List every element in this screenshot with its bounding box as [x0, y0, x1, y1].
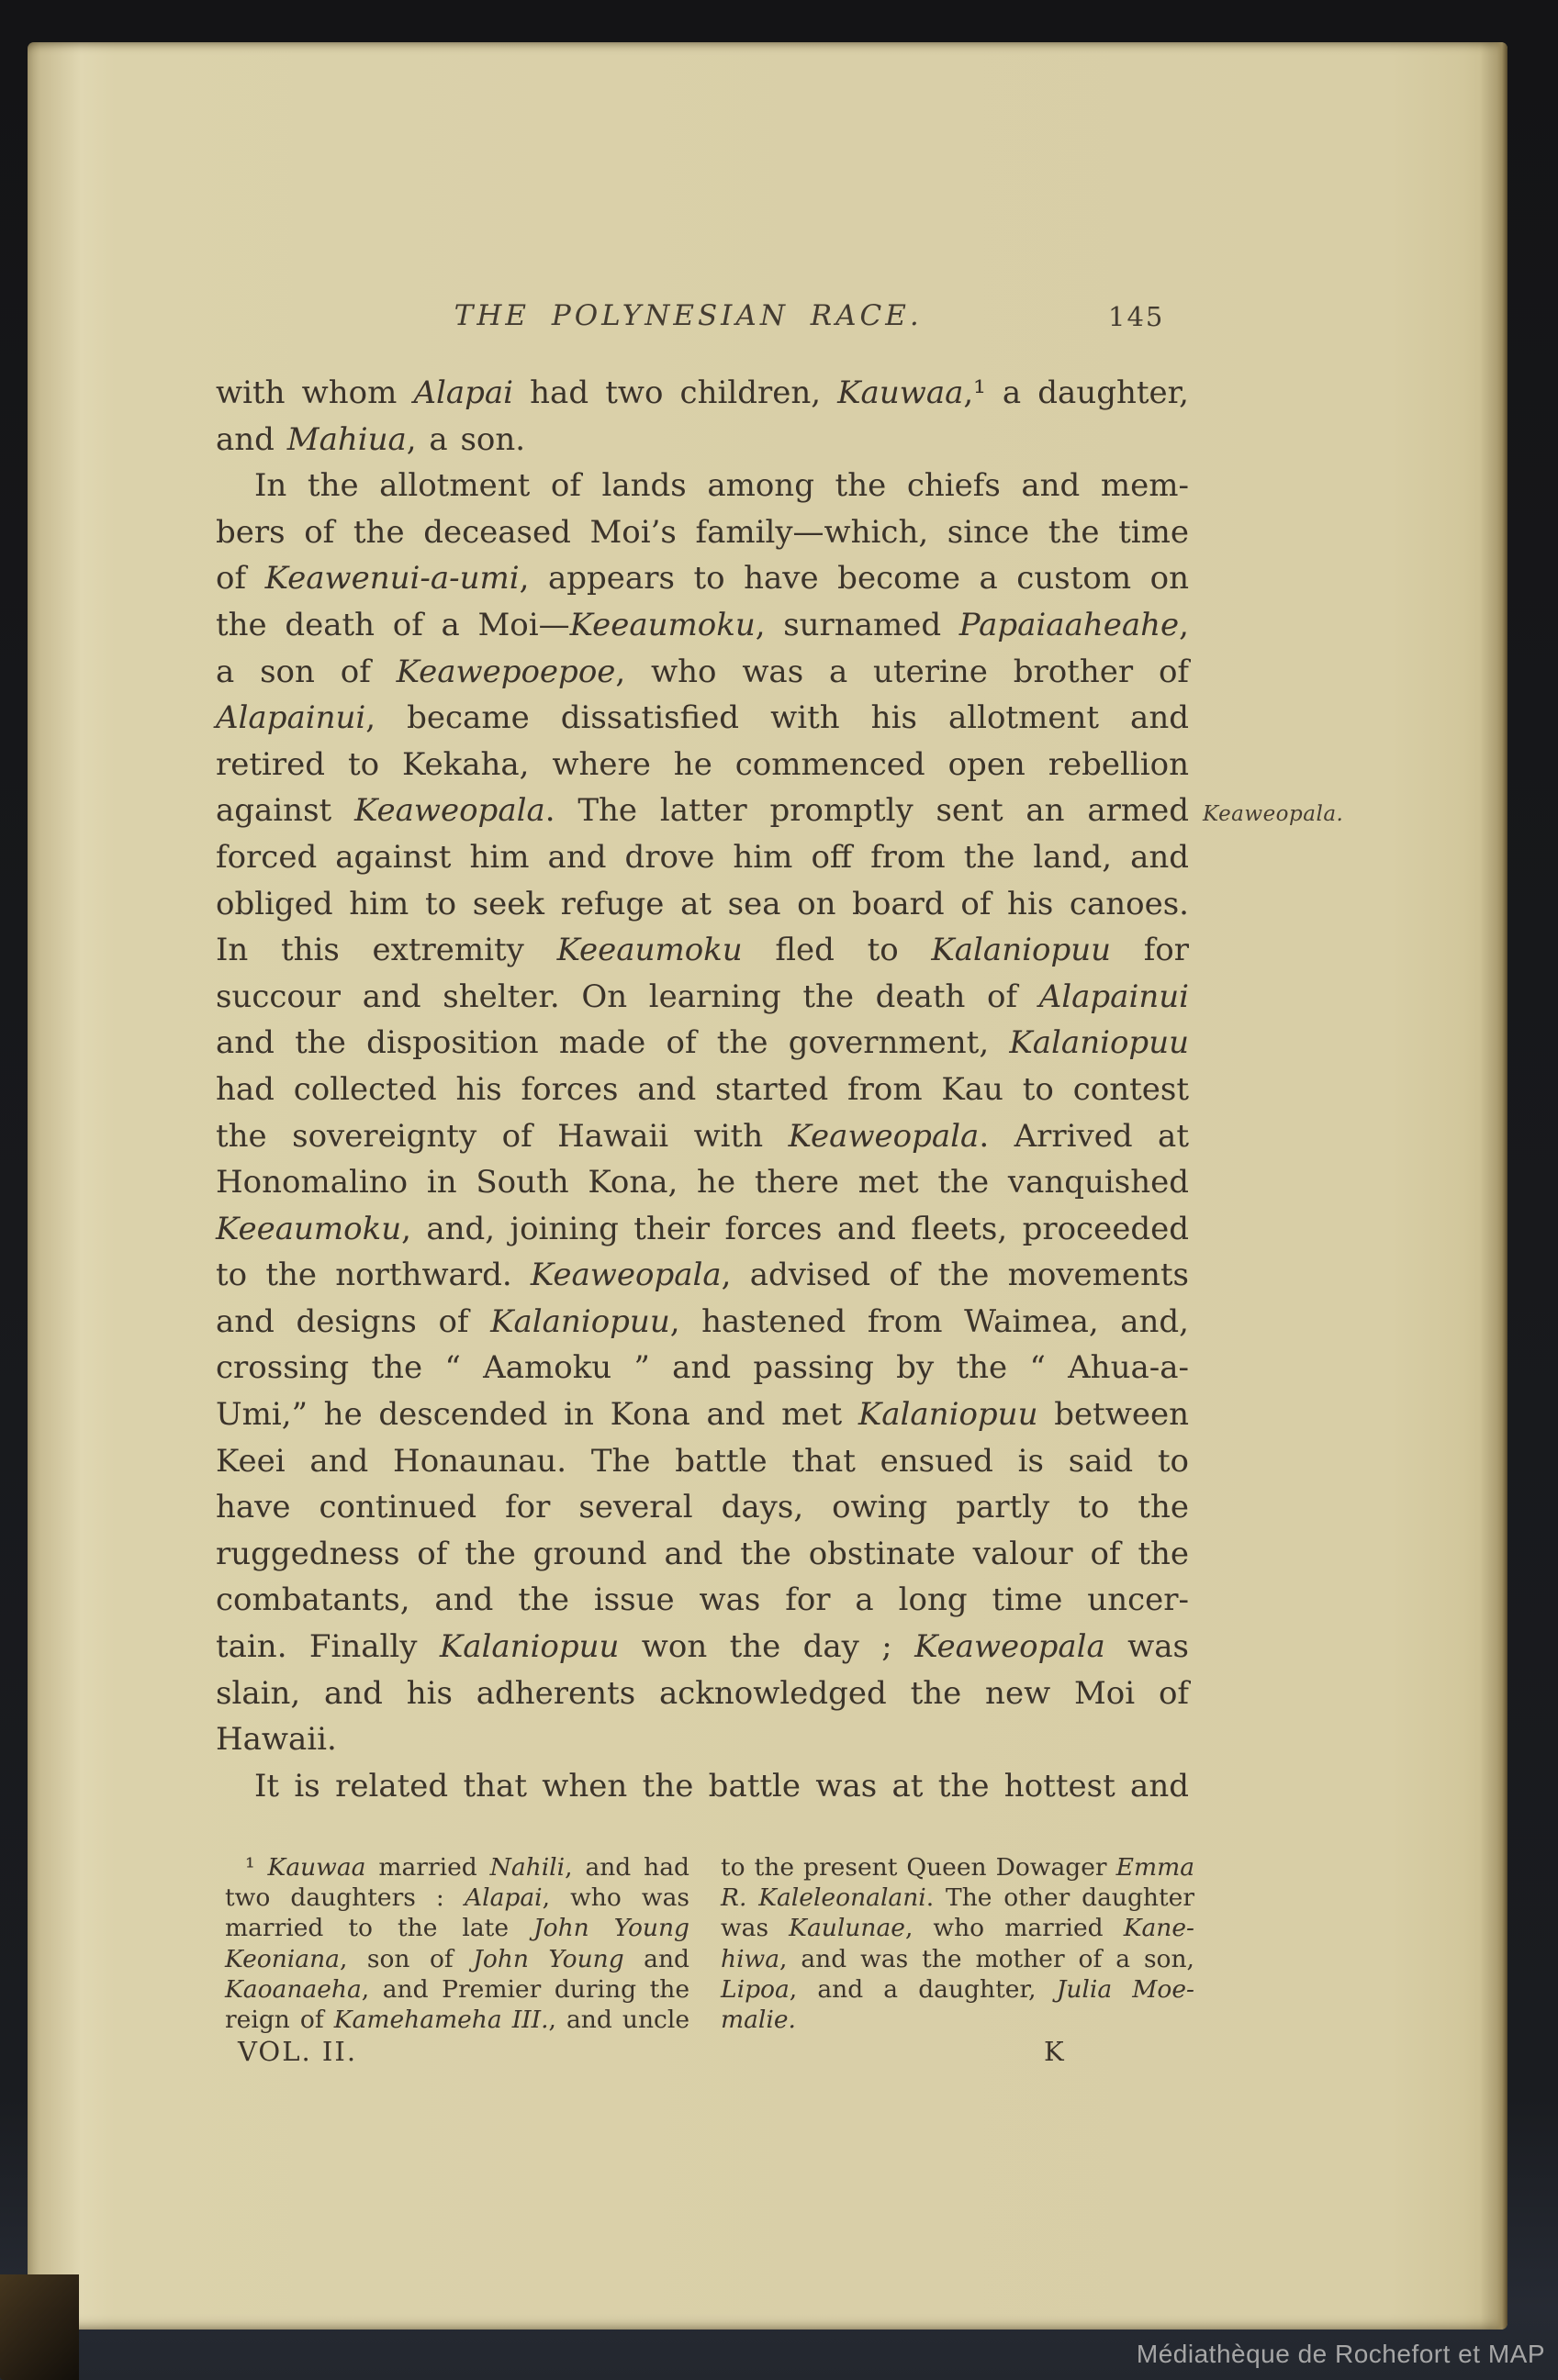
text-line: and the disposition made of the governme…: [216, 1020, 1189, 1067]
text-line: Keei and Honaunau. The battle that ensue…: [216, 1438, 1189, 1485]
text-line: In the allotment of lands among the chie…: [216, 463, 1189, 509]
text-line: and designs of Kalaniopuu, hastened from…: [216, 1299, 1189, 1346]
text-line: ¹ Kauwaa married Nahili, and had: [225, 1852, 689, 1883]
text-line: reign of Kamehameha III., and uncle: [225, 2005, 689, 2035]
page-number: 145: [1108, 301, 1164, 332]
text-line: had collected his forces and started fro…: [216, 1067, 1189, 1113]
text-line: hiwa, and was the mother of a son,: [721, 1944, 1194, 1974]
book-cover-corner: [0, 2274, 79, 2380]
text-line: Keoniana, son of John Young and: [225, 1944, 689, 1974]
text-line: the sovereignty of Hawaii with Keaweopal…: [216, 1113, 1189, 1160]
footnote-left-column: ¹ Kauwaa married Nahili, and hadtwo daug…: [225, 1852, 689, 2035]
text-line: Lipoa, and a daughter, Julia Moe-: [721, 1974, 1194, 2005]
watermark: Médiathèque de Rochefort et MAP: [1137, 2340, 1545, 2369]
page-footer: VOL. II. K: [216, 2036, 1189, 2077]
text-line: to the present Queen Dowager Emma: [721, 1852, 1194, 1883]
text-line: married to the late John Young: [225, 1913, 689, 1943]
body-text: with whom Alapai had two children, Kauwa…: [216, 370, 1189, 1809]
text-line: slain, and his adherents acknowledged th…: [216, 1670, 1189, 1717]
text-line: crossing the “ Aamoku ” and passing by t…: [216, 1345, 1189, 1391]
text-line: with whom Alapai had two children, Kauwa…: [216, 370, 1189, 417]
book-page: THE POLYNESIAN RACE. 145 with whom Alapa…: [28, 42, 1508, 2330]
text-line: Honomalino in South Kona, he there met t…: [216, 1159, 1189, 1206]
text-line: forced against him and drove him off fro…: [216, 834, 1189, 881]
text-line: tain. Finally Kalaniopuu won the day ; K…: [216, 1624, 1189, 1670]
margin-note: Keaweopala.: [1203, 802, 1359, 826]
text-line: obliged him to seek refuge at sea on boa…: [216, 881, 1189, 928]
text-line: Hawaii.: [216, 1716, 1189, 1763]
text-line: retired to Kekaha, where he commenced op…: [216, 742, 1189, 788]
text-line: to the northward. Keaweopala, advised of…: [216, 1252, 1189, 1299]
footnote-right-column: to the present Queen Dowager EmmaR. Kale…: [721, 1852, 1194, 2035]
text-line: two daughters : Alapai, who was: [225, 1883, 689, 1913]
text-line: Keeaumoku, and, joining their forces and…: [216, 1206, 1189, 1253]
text-line: R. Kaleleonalani. The other daughter: [721, 1883, 1194, 1913]
text-line: and Mahiua, a son.: [216, 417, 1189, 464]
text-line: Kaoanaeha, and Premier during the: [225, 1974, 689, 2005]
text-line: bers of the deceased Moi’s family—which,…: [216, 509, 1189, 556]
text-line: ruggedness of the ground and the obstina…: [216, 1531, 1189, 1578]
scanned-book-photo: { "colors": { "background": "#17181b", "…: [0, 0, 1558, 2380]
text-line: combatants, and the issue was for a long…: [216, 1577, 1189, 1624]
text-line: a son of Keawepoepoe, who was a uterine …: [216, 649, 1189, 696]
running-header: THE POLYNESIAN RACE. 145: [216, 299, 1189, 338]
text-line: against Keaweopala. The latter promptly …: [216, 788, 1189, 834]
text-line: Alapainui, became dissatisfied with his …: [216, 695, 1189, 742]
footnote: ¹ Kauwaa married Nahili, and hadtwo daug…: [225, 1852, 1194, 2035]
text-line: It is related that when the battle was a…: [216, 1763, 1189, 1810]
text-line: have continued for several days, owing p…: [216, 1484, 1189, 1531]
text-line: succour and shelter. On learning the dea…: [216, 974, 1189, 1021]
text-line: In this extremity Keeaumoku fled to Kala…: [216, 927, 1189, 974]
volume-label: VOL. II.: [238, 2036, 357, 2067]
text-line: was Kaulunae, who married Kane-: [721, 1913, 1194, 1943]
text-line: of Keawenui-a-umi, appears to have becom…: [216, 555, 1189, 602]
page-header-title: THE POLYNESIAN RACE.: [454, 299, 923, 332]
text-line: the death of a Moi—Keeaumoku, surnamed P…: [216, 602, 1189, 649]
signature-mark: K: [1044, 2036, 1065, 2067]
text-line: malie.: [721, 2005, 1194, 2035]
text-line: Umi,” he descended in Kona and met Kalan…: [216, 1391, 1189, 1438]
